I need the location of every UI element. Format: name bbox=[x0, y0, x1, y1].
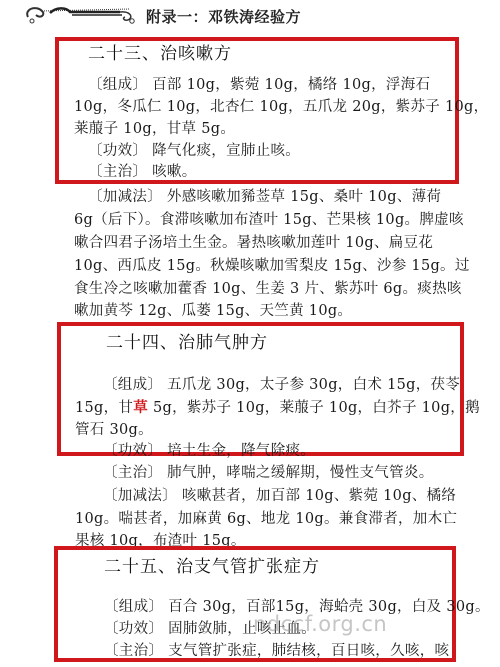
scroll-ornament-icon bbox=[20, 3, 140, 25]
section-23-modification-line: 10g、西瓜皮 15g。秋燥咳嗽加雪梨皮 15g、沙参 15g。过 bbox=[74, 256, 470, 276]
section-23-efficacy: 〔功效〕 降气化痰，宣肺止咳。 bbox=[88, 141, 300, 161]
highlighted-character: 草 bbox=[133, 399, 148, 416]
section-23-composition-cont: 10g，冬瓜仁 10g，北杏仁 10g，五爪龙 20g，紫苏子 10g， bbox=[74, 97, 488, 117]
section-23-title: 二十三、治咳嗽方 bbox=[88, 44, 232, 64]
section-24-composition-cont: 15g，甘草 5g，紫苏子 10g，莱菔子 10g，白芥子 10g，鹅 bbox=[75, 398, 480, 418]
section-24-composition: 〔组成〕 五爪龙 30g，太子参 30g，白术 15g，茯苓 bbox=[103, 375, 460, 395]
section-24-indication: 〔主治〕 肺气肿，哮喘之缓解期，慢性支气管炎。 bbox=[103, 463, 434, 483]
section-23-modification-line: 6g（后下）。食滞咳嗽加布渣叶 15g、芒果核 10g。脾虚咳 bbox=[74, 210, 464, 230]
section-24-modification: 〔加减法〕 咳嗽甚者，加百部 10g、紫菀 10g、橘络 bbox=[103, 486, 456, 506]
section-23-modification-line: 嗽合四君子汤培土生金。暑热咳嗽加莲叶 10g、扁豆花 bbox=[74, 233, 433, 253]
section-23-composition: 〔组成〕 百部 10g，紫菀 10g，橘络 10g，浮海石 bbox=[88, 75, 430, 95]
section-24-title: 二十四、治肺气肿方 bbox=[106, 333, 268, 353]
section-23-modification-line: 食生冷之咳嗽加藿香 10g、生姜 3 片、紫苏叶 6g。痰热咳 bbox=[74, 279, 462, 299]
section-23-modification-line: 嗽加黄芩 12g、瓜蒌 15g、天竺黄 10g。 bbox=[74, 301, 352, 321]
section-25-title: 二十五、治支气管扩张症方 bbox=[104, 557, 320, 577]
section-23-modification: 〔加减法〕 外感咳嗽加豨莶草 15g、桑叶 10g、薄荷 bbox=[88, 187, 441, 207]
section-23-indication: 〔主治〕 咳嗽。 bbox=[88, 162, 197, 182]
section-24-composition-end: 管石 30g。 bbox=[75, 420, 153, 440]
section-24-modification-line: 10g。喘甚者，加麻黄 6g、地龙 10g。兼食滞者，加木亡 bbox=[75, 509, 457, 529]
appendix-title: 附录一：邓铁涛经验方 bbox=[146, 6, 301, 27]
section-25-indication: 〔主治〕 支气管扩张症，肺结核，百日咳，久咳，咳 bbox=[104, 641, 449, 661]
page-header: 附录一：邓铁涛经验方 bbox=[0, 0, 500, 30]
watermark: ndccf.org.cn bbox=[253, 612, 387, 636]
section-24-efficacy: 〔功效〕 培土生金，降气除痰。 bbox=[103, 441, 315, 461]
section-23-composition-end: 莱菔子 10g，甘草 5g。 bbox=[74, 119, 235, 139]
